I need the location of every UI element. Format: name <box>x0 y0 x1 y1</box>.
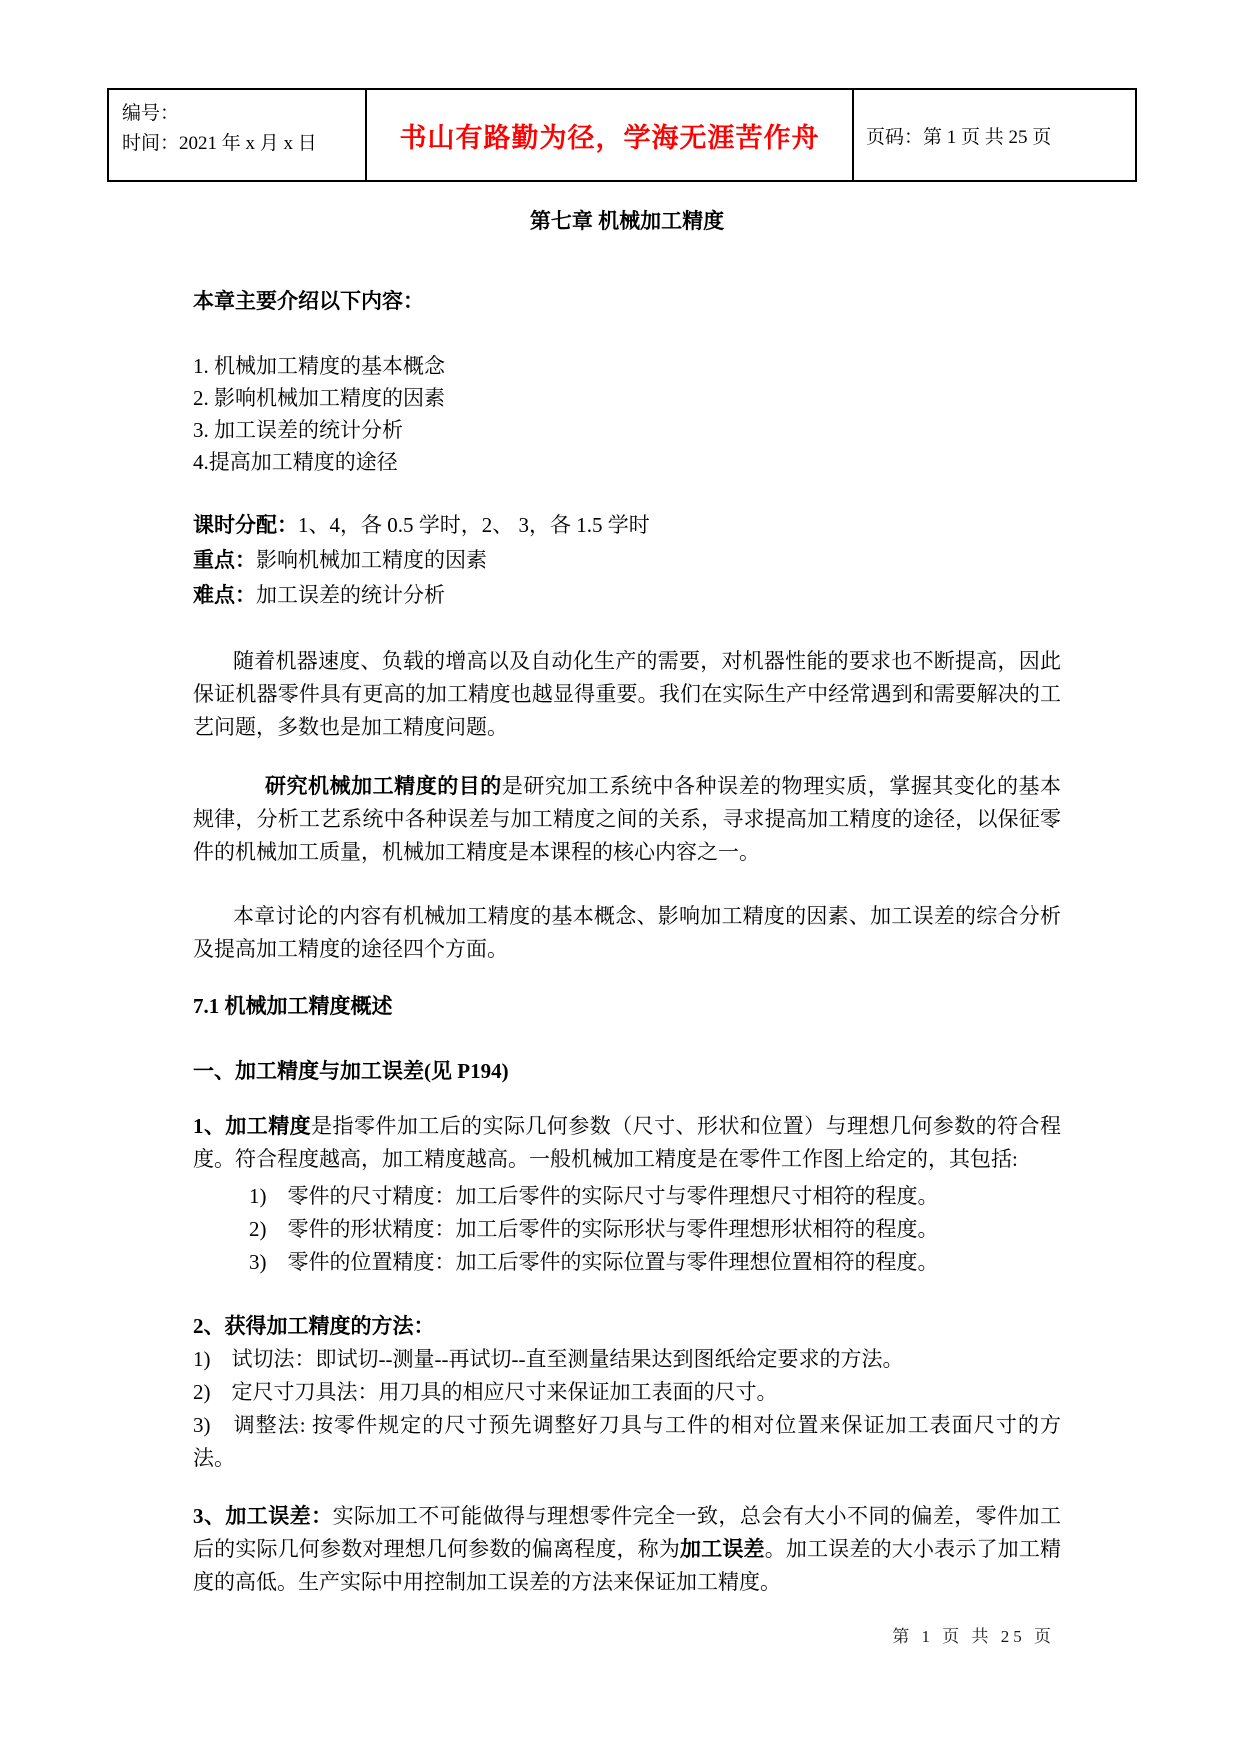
doc-time-label: 时间：2021 年 x 月 x 日 <box>122 129 365 159</box>
error-lead-bold: 3、加工误差： <box>193 1504 333 1528</box>
header-meta-cell: 编号： 时间：2021 年 x 月 x 日 <box>109 90 367 180</box>
document-page: 编号： 时间：2021 年 x 月 x 日 书山有路勤为径，学海无涯苦作舟 页码… <box>0 0 1241 1754</box>
document-body: 第七章 机械加工精度 本章主要介绍以下内容： 1. 机械加工精度的基本概念 2.… <box>193 205 1061 1599</box>
chapter-title: 第七章 机械加工精度 <box>193 205 1061 238</box>
paragraph-background: 随着机器速度、负载的增高以及自动化生产的需要，对机器性能的要求也不断提高，因此保… <box>193 645 1061 744</box>
chapter-outline-list: 1. 机械加工精度的基本概念 2. 影响机械加工精度的因素 3. 加工误差的统计… <box>193 350 1061 478</box>
schedule-label: 课时分配： <box>193 513 298 537</box>
machining-error-paragraph: 3、加工误差：实际加工不可能做得与理想零件完全一致，总会有大小不同的偏差，零件加… <box>193 1500 1061 1599</box>
doc-number-label: 编号： <box>122 99 365 129</box>
accuracy-item: 1) 零件的尺寸精度：加工后零件的实际尺寸与零件理想尺寸相符的程度。 <box>249 1180 1061 1213</box>
difficulty-label: 难点： <box>193 583 256 607</box>
method-item: 3) 调整法: 按零件规定的尺寸预先调整好刀具与工件的相对位置来保证加工表面尺寸… <box>193 1409 1061 1475</box>
method-item: 1) 试切法：即试切--测量--再试切--直至测量结果达到图纸给定要求的方法。 <box>193 1343 1061 1376</box>
paragraph-purpose: 研究机械加工精度的目的是研究加工系统中各种误差的物理实质，掌握其变化的基本规律，… <box>193 770 1061 869</box>
section-heading-71: 7.1 机械加工精度概述 <box>193 990 1061 1023</box>
motto-text: 书山有路勤为径，学海无涯苦作舟 <box>400 116 820 155</box>
schedule-text: 1、4，各 0.5 学时，2、 3，各 1.5 学时 <box>298 513 650 537</box>
methods-list: 1) 试切法：即试切--测量--再试切--直至测量结果达到图纸给定要求的方法。 … <box>193 1343 1061 1475</box>
accuracy-item: 2) 零件的形状精度：加工后零件的实际形状与零件理想形状相符的程度。 <box>249 1213 1061 1246</box>
footer-page-indicator: 第 1 页 共 25 页 <box>892 1622 1055 1647</box>
schedule-line: 课时分配：1、4，各 0.5 学时，2、 3，各 1.5 学时 <box>193 508 1061 543</box>
accuracy-definition-paragraph: 1、加工精度是指零件加工后的实际几何参数（尺寸、形状和位置）与理想几何参数的符合… <box>193 1110 1061 1176</box>
course-info-block: 课时分配：1、4，各 0.5 学时，2、 3，各 1.5 学时 重点：影响机械加… <box>193 508 1061 613</box>
subsection-heading-1: 一、加工精度与加工误差(见 P194) <box>193 1055 1061 1088</box>
toc-item: 3. 加工误差的统计分析 <box>193 414 1061 446</box>
methods-heading: 2、获得加工精度的方法： <box>193 1310 1061 1343</box>
intro-heading: 本章主要介绍以下内容： <box>193 285 1061 318</box>
error-bold-term: 加工误差 <box>680 1537 765 1561</box>
key-point-line: 重点：影响机械加工精度的因素 <box>193 543 1061 578</box>
paragraph-scope: 本章讨论的内容有机械加工精度的基本概念、影响加工精度的因素、加工误差的综合分析及… <box>193 900 1061 966</box>
accuracy-item: 3) 零件的位置精度：加工后零件的实际位置与零件理想位置相符的程度。 <box>249 1246 1061 1279</box>
toc-item: 2. 影响机械加工精度的因素 <box>193 382 1061 414</box>
header-page-cell: 页码：第 1 页 共 25 页 <box>854 90 1135 180</box>
purpose-lead-bold: 研究机械加工精度的目的 <box>265 774 502 798</box>
difficulty-line: 难点：加工误差的统计分析 <box>193 578 1061 613</box>
key-point-label: 重点： <box>193 548 256 572</box>
page-number-label: 页码：第 1 页 共 25 页 <box>866 122 1051 149</box>
toc-item: 1. 机械加工精度的基本概念 <box>193 350 1061 382</box>
accuracy-types-list: 1) 零件的尺寸精度：加工后零件的实际尺寸与零件理想尺寸相符的程度。 2) 零件… <box>193 1180 1061 1279</box>
method-item: 2) 定尺寸刀具法：用刀具的相应尺寸来保证加工表面的尺寸。 <box>193 1376 1061 1409</box>
difficulty-text: 加工误差的统计分析 <box>256 583 445 607</box>
accuracy-lead-bold: 1、加工精度 <box>193 1114 311 1138</box>
accuracy-lead-text: 是指零件加工后的实际几何参数（尺寸、形状和位置）与理想几何参数的符合程度。符合程… <box>193 1114 1061 1171</box>
toc-item: 4.提高加工精度的途径 <box>193 446 1061 478</box>
header-table: 编号： 时间：2021 年 x 月 x 日 书山有路勤为径，学海无涯苦作舟 页码… <box>107 88 1137 182</box>
key-point-text: 影响机械加工精度的因素 <box>256 548 487 572</box>
header-motto-cell: 书山有路勤为径，学海无涯苦作舟 <box>367 90 854 180</box>
